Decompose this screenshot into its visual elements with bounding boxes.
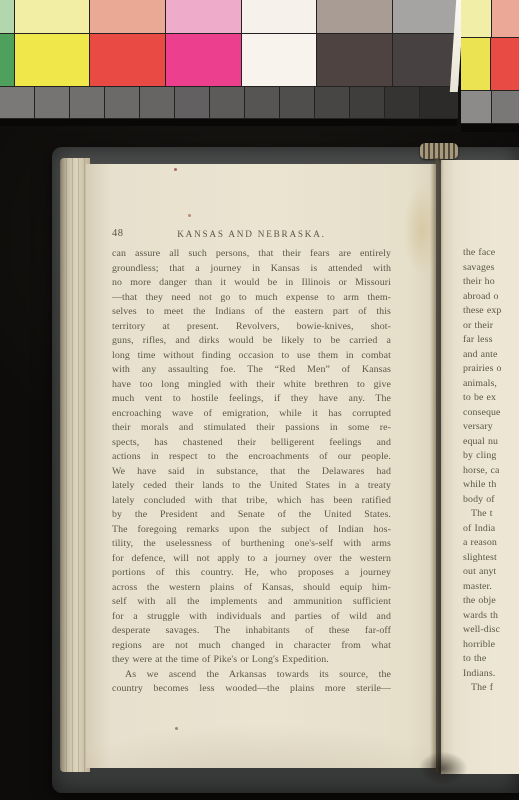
color-patch: [317, 0, 392, 33]
gutter-bottom-shadow: [408, 742, 478, 790]
color-patch: [461, 38, 490, 90]
right-page-body-text: the facesavagestheir hoabroad othese exp…: [463, 246, 519, 696]
color-target-row-pastel: [0, 0, 457, 33]
color-patch: [0, 34, 14, 86]
text-line: groundless; that a journey in Kansas is …: [112, 262, 391, 277]
scanned-book-photo: 48 KANSAS AND NEBRASKA. can assure all s…: [0, 0, 519, 800]
foxing-speck: [175, 727, 178, 730]
color-patch: [393, 0, 459, 33]
grayscale-step: [245, 87, 279, 118]
color-patch: [242, 0, 316, 33]
text-line: have too long mingled with their white b…: [112, 378, 391, 393]
text-line: far less: [463, 333, 519, 348]
text-line: lately ceded their lands to the United S…: [112, 479, 391, 494]
text-line: encroaching wave of emigration, while it…: [112, 407, 391, 422]
text-line: regions are not much changed in characte…: [112, 639, 391, 654]
text-line: to the: [463, 652, 519, 667]
text-line: actions in respect to the encroachments …: [112, 450, 391, 465]
text-line: savages: [463, 261, 519, 276]
color-patch: [90, 0, 165, 33]
text-line: horse, ca: [463, 464, 519, 479]
text-line: self with all the implements and ammunit…: [112, 595, 391, 610]
color-target-black-bar: [0, 119, 457, 126]
foxing-speck: [188, 214, 191, 217]
text-line: desperate savages. The inhabitants of th…: [112, 624, 391, 639]
text-line: no more danger than it would be in Illin…: [112, 276, 391, 291]
foxing-speck: [174, 168, 177, 171]
page-header-row: 48 KANSAS AND NEBRASKA.: [112, 228, 391, 242]
secondary-target-row-pastel: [461, 0, 519, 37]
text-line: portions of this country. He, who propos…: [112, 566, 391, 581]
color-patch: [15, 34, 89, 86]
grayscale-step: [35, 87, 69, 118]
text-line: territory at present. Revolvers, bowie-k…: [112, 320, 391, 335]
color-calibration-target: [0, 0, 457, 126]
secondary-target-grayscale: [461, 91, 519, 123]
text-line: abroad o: [463, 290, 519, 305]
gutter-shadow: [430, 158, 444, 772]
text-line: lately concluded with that tribe, which …: [112, 494, 391, 509]
text-line: master.: [463, 580, 519, 595]
text-line: for defence, will not apply to a journey…: [112, 552, 391, 567]
text-line: much vent to hostile feelings, if they h…: [112, 392, 391, 407]
text-line: across the western plains of Kansas, sho…: [112, 581, 391, 596]
text-line: their morals and stimulated their passio…: [112, 421, 391, 436]
text-line: or their: [463, 319, 519, 334]
color-patch: [15, 0, 89, 33]
secondary-target-black-bar: [461, 124, 519, 132]
color-patch: [317, 34, 392, 86]
text-line: The foregoing remarks upon the subject o…: [112, 523, 391, 538]
secondary-color-target: [461, 0, 519, 132]
text-line: out anyt: [463, 565, 519, 580]
grayscale-step: [175, 87, 209, 118]
text-line: a reason: [463, 536, 519, 551]
grayscale-step: [140, 87, 174, 118]
text-line: guns, rifles, and dirks would be likely …: [112, 334, 391, 349]
color-target-grayscale-strip: [0, 87, 457, 118]
color-patch: [242, 34, 316, 86]
grayscale-step: [350, 87, 384, 118]
grayscale-step: [461, 91, 491, 123]
color-patch: [393, 34, 459, 86]
text-line: the obje: [463, 594, 519, 609]
text-line: horrible: [463, 638, 519, 653]
text-line: while th: [463, 478, 519, 493]
text-line: they were at the time of Pike's or Long'…: [112, 653, 391, 668]
left-page-body-text: can assure all such persons, that their …: [112, 247, 391, 697]
grayscale-step: [385, 87, 419, 118]
text-line: We have said in substance, that the Dela…: [112, 465, 391, 480]
text-line: these exp: [463, 304, 519, 319]
text-line: the face: [463, 246, 519, 261]
color-patch: [492, 0, 519, 37]
grayscale-step: [210, 87, 244, 118]
text-line: long time without finding occasion to us…: [112, 349, 391, 364]
text-line: can assure all such persons, that their …: [112, 247, 391, 262]
color-patch: [90, 34, 165, 86]
text-line: spects, has chastened their belligerent …: [112, 436, 391, 451]
text-line: and ante: [463, 348, 519, 363]
color-patch: [166, 34, 241, 86]
text-line: The t: [463, 507, 519, 522]
text-line: their ho: [463, 275, 519, 290]
text-line: by the President and Senate of the Unite…: [112, 508, 391, 523]
grayscale-step: [0, 87, 34, 118]
text-line: Indians.: [463, 667, 519, 682]
color-patch: [461, 0, 491, 37]
grayscale-step: [492, 91, 519, 123]
text-line: country becomes less wooded—the plains m…: [112, 682, 391, 697]
grayscale-step: [280, 87, 314, 118]
text-line: equal nu: [463, 435, 519, 450]
text-line: by cling: [463, 449, 519, 464]
text-line: versary: [463, 420, 519, 435]
text-line: —that they need not go to much expense t…: [112, 291, 391, 306]
spine-headband: [420, 143, 458, 159]
text-line: As we ascend the Arkansas towards its so…: [112, 668, 391, 683]
text-line: wards th: [463, 609, 519, 624]
text-line: of India: [463, 522, 519, 537]
grayscale-step: [105, 87, 139, 118]
text-line: slightest: [463, 551, 519, 566]
color-patch: [166, 0, 241, 33]
secondary-target-row-saturated: [461, 38, 519, 90]
color-patch: [491, 38, 519, 90]
color-patch: [0, 0, 14, 33]
running-header: KANSAS AND NEBRASKA.: [112, 229, 391, 239]
text-line: prairies o: [463, 362, 519, 377]
text-line: to be ex: [463, 391, 519, 406]
text-line: well-disc: [463, 623, 519, 638]
text-line: animals,: [463, 377, 519, 392]
text-line: conseque: [463, 406, 519, 421]
grayscale-step: [70, 87, 104, 118]
text-line: for a struggle with individuals and part…: [112, 610, 391, 625]
text-line: body of: [463, 493, 519, 508]
text-line: selves to meet the Indians of the easter…: [112, 305, 391, 320]
color-target-row-saturated: [0, 34, 457, 86]
text-line: The f: [463, 681, 519, 696]
text-line: with any assaulting foe. The “Red Men” o…: [112, 363, 391, 378]
text-line: tility, the uselessness of burthening on…: [112, 537, 391, 552]
grayscale-step: [315, 87, 349, 118]
